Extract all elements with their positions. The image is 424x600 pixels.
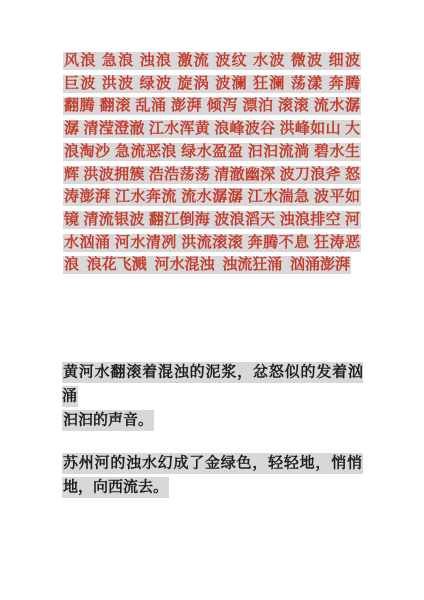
paragraph-line-text: 汩汩的声音。 [62, 410, 154, 431]
paragraph-line: 黄河水翻滚着混浊的泥浆，忿怒似的发着汹涌 [62, 360, 363, 408]
paragraph-line: 地，向西流去。 [62, 475, 363, 499]
word-line-text: 水汹涌 河水清冽 洪流滚滚 奔腾不息 狂涛恶 [63, 234, 361, 252]
word-line-text: 浪淘沙 急流恶浪 绿水盈盈 汩汩流淌 碧水生 [63, 143, 361, 161]
word-line: 巨波 洪波 绿波 旋涡 波澜 狂澜 荡漾 奔腾 [63, 73, 361, 96]
word-list-block: 风浪 急浪 浊浪 激流 波纹 水波 微波 细波 巨波 洪波 绿波 旋涡 波澜 狂… [63, 50, 361, 277]
paragraph-line-text: 地，向西流去。 [62, 477, 169, 498]
word-line-text: 镜 清流银波 翻江倒海 波浪滔天 浊浪排空 河 [63, 211, 361, 229]
word-line-text: 辉 洪波拥簇 浩浩荡荡 清澈幽深 波刀浪斧 怒 [63, 166, 361, 184]
word-line-text: 翻腾 翻滚 乱涌 澎湃 倾泻 漂泊 滚滚 流水潺 [63, 97, 361, 115]
word-line: 潺 清滢澄澈 江水浑黄 浪峰波谷 洪峰如山 大 [63, 118, 361, 141]
word-line: 风浪 急浪 浊浪 激流 波纹 水波 微波 细波 [63, 50, 361, 73]
paragraph-line-text: 苏州河的浊水幻成了金绿色，轻轻地，悄悄 [62, 453, 363, 474]
word-line-text: 浪 浪花飞溅 河水混浊 浊流狂涌 汹涌澎湃 [63, 256, 351, 274]
word-line: 镜 清流银波 翻江倒海 波浪滔天 浊浪排空 河 [63, 209, 361, 232]
paragraph-line: 苏州河的浊水幻成了金绿色，轻轻地，悄悄 [62, 451, 363, 475]
word-line: 水汹涌 河水清冽 洪流滚滚 奔腾不息 狂涛恶 [63, 232, 361, 255]
word-line: 翻腾 翻滚 乱涌 澎湃 倾泻 漂泊 滚滚 流水潺 [63, 95, 361, 118]
word-line-text: 巨波 洪波 绿波 旋涡 波澜 狂澜 荡漾 奔腾 [63, 75, 361, 93]
paragraph-line: 汩汩的声音。 [62, 408, 363, 432]
word-line: 辉 洪波拥簇 浩浩荡荡 清澈幽深 波刀浪斧 怒 [63, 164, 361, 187]
word-line: 浪淘沙 急流恶浪 绿水盈盈 汩汩流淌 碧水生 [63, 141, 361, 164]
paragraph-line-text: 黄河水翻滚着混浊的泥浆，忿怒似的发着汹涌 [62, 362, 363, 407]
word-line-text: 潺 清滢澄澈 江水浑黄 浪峰波谷 洪峰如山 大 [63, 120, 361, 138]
word-line: 浪 浪花飞溅 河水混浊 浊流狂涌 汹涌澎湃 [63, 254, 361, 277]
word-line-text: 涛澎湃 江水奔流 流水潺潺 江水湍急 波平如 [63, 188, 361, 206]
word-line-text: 风浪 急浪 浊浪 激流 波纹 水波 微波 细波 [63, 52, 361, 70]
paragraph-huanghe: 黄河水翻滚着混浊的泥浆，忿怒似的发着汹涌 汩汩的声音。 [62, 360, 363, 432]
word-line: 涛澎湃 江水奔流 流水潺潺 江水湍急 波平如 [63, 186, 361, 209]
paragraph-suzhouhe: 苏州河的浊水幻成了金绿色，轻轻地，悄悄 地，向西流去。 [62, 451, 363, 499]
